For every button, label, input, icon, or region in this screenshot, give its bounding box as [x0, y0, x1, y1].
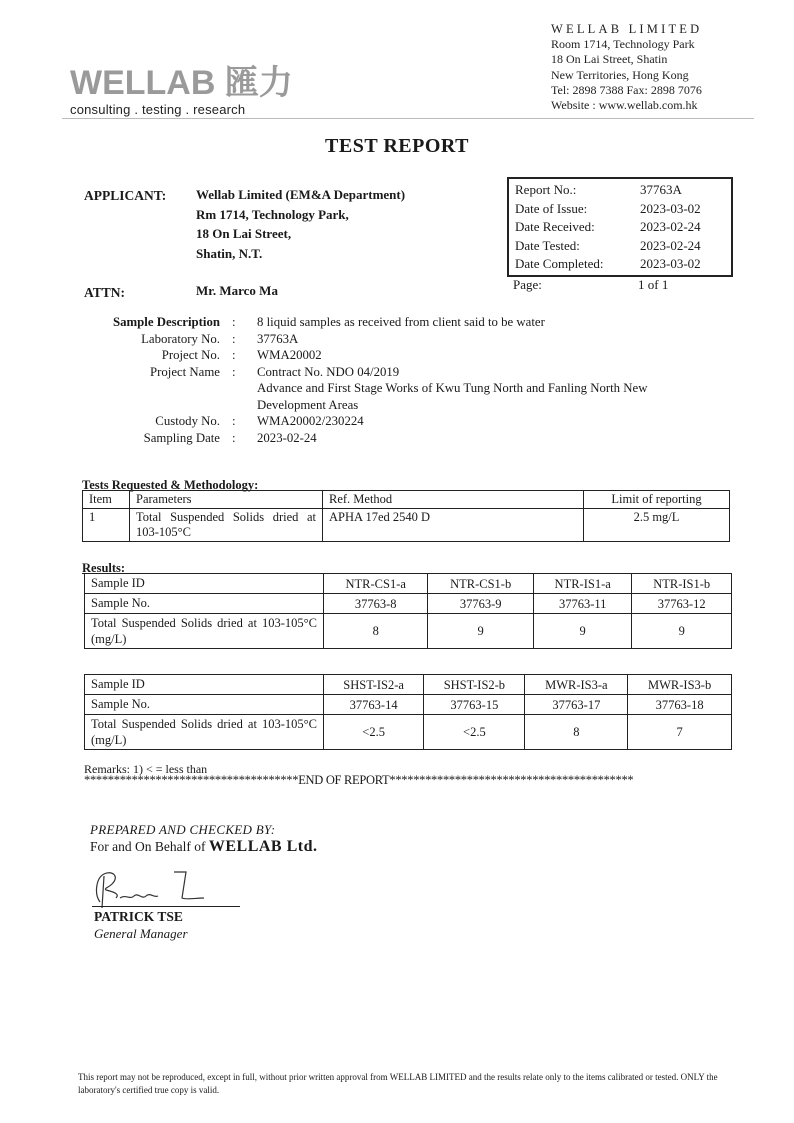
detail-row: Laboratory No. : 37763A	[80, 331, 740, 348]
detail-label: Custody No.	[155, 413, 220, 430]
tss-value-cell: 8	[324, 614, 428, 649]
company-address-block: WELLAB LIMITED Room 1714, Technology Par…	[551, 22, 702, 113]
footer-disclaimer: This report may not be reproduced, excep…	[78, 1071, 738, 1096]
sample-id-cell: NTR-IS1-b	[632, 574, 732, 594]
page-indicator: Page: 1 of 1	[513, 277, 729, 293]
tss-value-cell: <2.5	[324, 715, 424, 750]
tss-value-cell: 8	[525, 715, 628, 750]
report-info-value: 2023-03-02	[640, 200, 701, 219]
detail-row: Advance and First Stage Works of Kwu Tun…	[80, 380, 740, 397]
sample-no-cell: 37763-9	[428, 594, 533, 614]
tss-value-cell: 7	[628, 715, 732, 750]
report-info-label: Date Tested:	[515, 237, 580, 256]
report-info-label: Date of Issue:	[515, 200, 587, 219]
sample-id-cell: NTR-IS1-a	[533, 574, 632, 594]
detail-row: Project No. : WMA20002	[80, 347, 740, 364]
tss-row: Total Suspended Solids dried at 103-105°…	[85, 715, 732, 750]
detail-separator: :	[232, 347, 236, 364]
report-info-row: Report No.: 37763A	[515, 181, 725, 200]
contact-website: Website : www.wellab.com.hk	[551, 98, 702, 113]
address-line: New Territories, Hong Kong	[551, 68, 702, 83]
sample-no-cell: 37763-18	[628, 695, 732, 715]
on-behalf-company: WELLAB Ltd.	[209, 838, 318, 855]
detail-separator: :	[232, 430, 236, 447]
tss-value-cell: 9	[428, 614, 533, 649]
sample-details: Sample Description : 8 liquid samples as…	[80, 314, 740, 446]
header-cell: Ref. Method	[323, 491, 584, 509]
detail-value: WMA20002	[257, 347, 322, 364]
report-info-label: Date Completed:	[515, 255, 603, 274]
limit-cell: 2.5 mg/L	[584, 509, 730, 542]
report-info-value: 2023-02-24	[640, 218, 701, 237]
sample-no-cell: 37763-12	[632, 594, 732, 614]
report-info-row: Date Received: 2023-02-24	[515, 218, 725, 237]
row-label: Total Suspended Solids dried at 103-105°…	[85, 614, 324, 649]
company-name: WELLAB LIMITED	[551, 22, 702, 37]
detail-row: Sampling Date : 2023-02-24	[80, 430, 740, 447]
page-label: Page:	[513, 277, 542, 292]
page-value: 1 of 1	[638, 277, 668, 293]
tests-table: Item Parameters Ref. Method Limit of rep…	[82, 490, 730, 542]
results-table-1: Sample ID NTR-CS1-a NTR-CS1-b NTR-IS1-a …	[84, 573, 732, 649]
attn-value: Mr. Marco Ma	[196, 283, 278, 299]
detail-label: Sample Description	[113, 314, 220, 331]
detail-separator: :	[232, 364, 236, 381]
sample-id-cell: MWR-IS3-b	[628, 675, 732, 695]
detail-value: 37763A	[257, 331, 298, 348]
results-table-2: Sample ID SHST-IS2-a SHST-IS2-b MWR-IS3-…	[84, 674, 732, 750]
signature-icon	[86, 868, 246, 908]
prepared-by-label: PREPARED AND CHECKED BY:	[90, 822, 275, 838]
detail-row: Project Name : Contract No. NDO 04/2019	[80, 364, 740, 381]
signer-title: General Manager	[94, 926, 188, 942]
sample-id-cell: NTR-CS1-a	[324, 574, 428, 594]
report-info-row: Date of Issue: 2023-03-02	[515, 200, 725, 219]
sample-id-cell: NTR-CS1-b	[428, 574, 533, 594]
tss-value-cell: 9	[533, 614, 632, 649]
sample-id-cell: SHST-IS2-b	[424, 675, 525, 695]
header-cell: Limit of reporting	[584, 491, 730, 509]
item-cell: 1	[83, 509, 130, 542]
sample-id-row: Sample ID SHST-IS2-a SHST-IS2-b MWR-IS3-…	[85, 675, 732, 695]
parameter-cell: Total Suspended Solids dried at 103-105°…	[130, 509, 323, 542]
tss-row: Total Suspended Solids dried at 103-105°…	[85, 614, 732, 649]
sample-no-cell: 37763-17	[525, 695, 628, 715]
end-of-report-marker: ************************************END …	[84, 773, 633, 788]
document-title: TEST REPORT	[0, 135, 794, 158]
applicant-line: Shatin, N.T.	[196, 244, 405, 264]
report-info-row: Date Completed: 2023-03-02	[515, 255, 725, 274]
detail-separator: :	[232, 413, 236, 430]
applicant-label: APPLICANT:	[84, 188, 166, 204]
signature-line	[92, 906, 240, 907]
row-label: Sample ID	[85, 675, 324, 695]
row-label: Sample ID	[85, 574, 324, 594]
sample-no-cell: 37763-8	[324, 594, 428, 614]
row-label: Sample No.	[85, 695, 324, 715]
report-info-label: Date Received:	[515, 218, 595, 237]
report-info-value: 2023-03-02	[640, 255, 701, 274]
sample-no-row: Sample No. 37763-14 37763-15 37763-17 37…	[85, 695, 732, 715]
detail-value: Contract No. NDO 04/2019	[257, 364, 399, 381]
report-info-box: Report No.: 37763A Date of Issue: 2023-0…	[507, 177, 733, 277]
detail-label: Sampling Date	[144, 430, 220, 447]
detail-value: Advance and First Stage Works of Kwu Tun…	[257, 380, 647, 397]
sample-no-cell: 37763-11	[533, 594, 632, 614]
detail-label: Project Name	[150, 364, 220, 381]
detail-value: 8 liquid samples as received from client…	[257, 314, 545, 331]
detail-separator: :	[232, 314, 236, 331]
sample-id-row: Sample ID NTR-CS1-a NTR-CS1-b NTR-IS1-a …	[85, 574, 732, 594]
on-behalf-prefix: For and On Behalf of	[90, 839, 209, 854]
detail-value: 2023-02-24	[257, 430, 317, 447]
report-info-value: 2023-02-24	[640, 237, 701, 256]
detail-value: Development Areas	[257, 397, 358, 414]
address-line: Room 1714, Technology Park	[551, 37, 702, 52]
applicant-address: Wellab Limited (EM&A Department) Rm 1714…	[196, 185, 405, 263]
detail-value: WMA20002/230224	[257, 413, 364, 430]
detail-separator: :	[232, 331, 236, 348]
detail-label: Project No.	[162, 347, 220, 364]
header-divider	[62, 118, 754, 119]
on-behalf-line: For and On Behalf of WELLAB Ltd.	[90, 838, 318, 856]
sample-no-cell: 37763-14	[324, 695, 424, 715]
attn-label: ATTN:	[84, 285, 125, 301]
applicant-line: Rm 1714, Technology Park,	[196, 205, 405, 225]
report-info-label: Report No.:	[515, 181, 576, 200]
sample-no-cell: 37763-15	[424, 695, 525, 715]
sample-id-cell: SHST-IS2-a	[324, 675, 424, 695]
company-logo: WELLAB 匯力 consulting . testing . researc…	[70, 66, 293, 117]
header-cell: Item	[83, 491, 130, 509]
row-label: Total Suspended Solids dried at 103-105°…	[85, 715, 324, 750]
report-info-row: Date Tested: 2023-02-24	[515, 237, 725, 256]
method-cell: APHA 17ed 2540 D	[323, 509, 584, 542]
applicant-line: 18 On Lai Street,	[196, 224, 405, 244]
detail-row: Sample Description : 8 liquid samples as…	[80, 314, 740, 331]
contact-phone-fax: Tel: 2898 7388 Fax: 2898 7076	[551, 83, 702, 98]
sample-no-row: Sample No. 37763-8 37763-9 37763-11 3776…	[85, 594, 732, 614]
tests-header-row: Item Parameters Ref. Method Limit of rep…	[83, 491, 730, 509]
tss-value-cell: <2.5	[424, 715, 525, 750]
row-label: Sample No.	[85, 594, 324, 614]
table-row: 1 Total Suspended Solids dried at 103-10…	[83, 509, 730, 542]
signer-name: PATRICK TSE	[94, 909, 183, 925]
logo-tagline: consulting . testing . research	[70, 102, 293, 117]
detail-row: Custody No. : WMA20002/230224	[80, 413, 740, 430]
detail-label: Laboratory No.	[141, 331, 220, 348]
detail-row: Development Areas	[80, 397, 740, 414]
sample-id-cell: MWR-IS3-a	[525, 675, 628, 695]
applicant-line: Wellab Limited (EM&A Department)	[196, 185, 405, 205]
report-info-value: 37763A	[640, 181, 682, 200]
header-cell: Parameters	[130, 491, 323, 509]
address-line: 18 On Lai Street, Shatin	[551, 52, 702, 67]
tss-value-cell: 9	[632, 614, 732, 649]
logo-wordmark: WELLAB 匯力	[70, 66, 293, 100]
